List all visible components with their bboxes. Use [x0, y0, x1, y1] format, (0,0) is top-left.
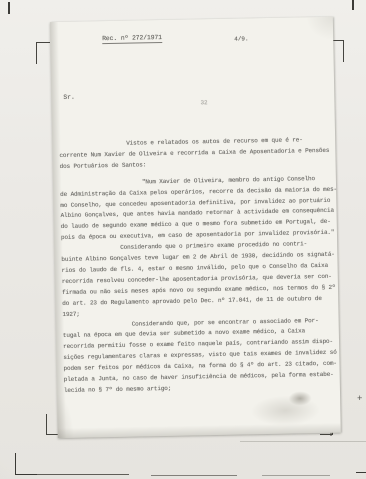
- film-frame-line: [262, 475, 330, 476]
- document-body: Vistos e relatados os autos de recurso e…: [59, 135, 341, 397]
- paragraph-quoted-decision: "Num Xavier de Oliveira, membro do antig…: [60, 173, 338, 244]
- page-fraction: 4/9.: [234, 35, 249, 42]
- document-scan: + Rec. nº 272/1971 4/9. Sr. 32 Vistos e …: [0, 0, 366, 479]
- crop-mark-outer-bottom-right: [356, 456, 366, 473]
- film-tick-top-right: [352, 0, 354, 10]
- document-page: Rec. nº 272/1971 4/9. Sr. 32 Vistos e re…: [50, 17, 341, 438]
- crop-mark-top-right: [333, 40, 344, 62]
- document-number: Rec. nº 272/1971: [102, 34, 162, 44]
- crop-mark-top-left: [36, 42, 50, 64]
- film-tick-top-left: [8, 2, 10, 14]
- film-frame-line: [151, 475, 237, 476]
- film-frame-faint-line: [240, 441, 366, 442]
- crop-mark-outer-bottom-left: [15, 453, 37, 475]
- plus-registration-mark: +: [357, 395, 362, 404]
- paragraph-intro: Vistos e relatados os autos de recurso e…: [59, 135, 337, 173]
- salutation: Sr.: [63, 94, 75, 101]
- paragraph-considerando-1: Considerando que o primeiro exame proced…: [61, 239, 339, 321]
- paragraph-considerando-2: Considerando que, por se encontrar o ass…: [63, 315, 341, 397]
- film-frame-line: [37, 474, 129, 475]
- page-number: 32: [200, 99, 207, 106]
